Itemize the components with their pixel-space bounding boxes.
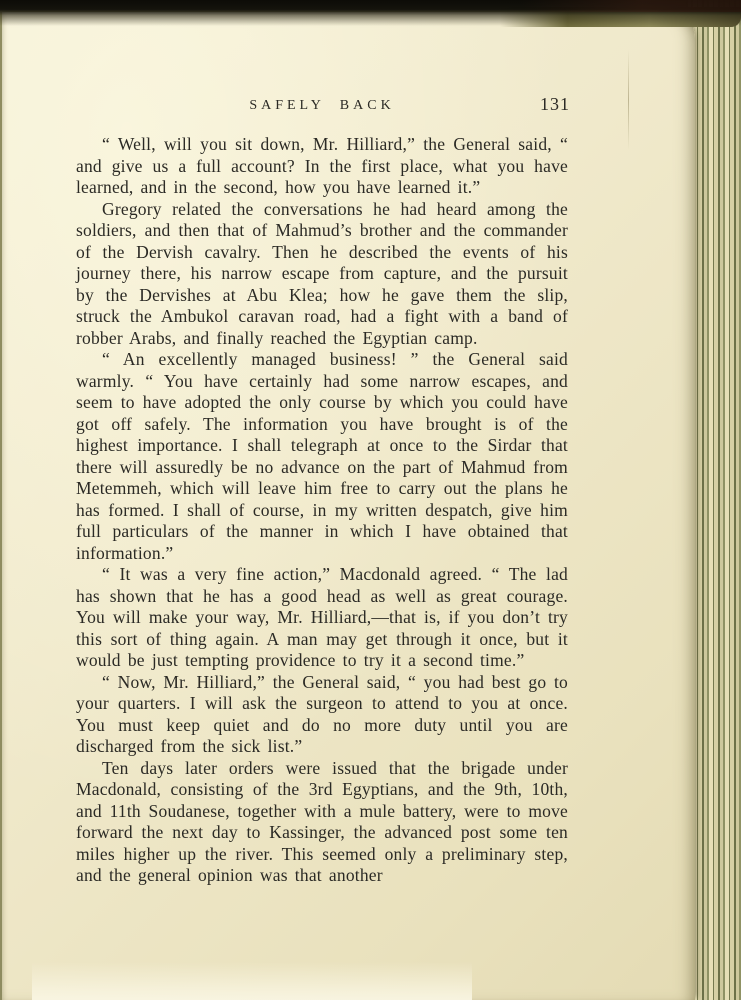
- page-text: “ Well, will you sit down, Mr. Hilliard,…: [76, 134, 568, 887]
- page-fan-corner: [500, 7, 741, 27]
- paragraph-brigade-orders: Ten days later orders were issued that t…: [76, 758, 568, 887]
- paragraph-general-praise: “ An excellently managed business! ” the…: [76, 349, 568, 564]
- paragraph-dialogue-general-question: “ Well, will you sit down, Mr. Hilliard,…: [76, 134, 568, 199]
- paragraph-macdonald-remark: “ It was a very fine action,” Macdonald …: [76, 564, 568, 672]
- paper-crease: [628, 50, 629, 150]
- paragraph-gregory-account: Gregory related the conversations he had…: [76, 199, 568, 350]
- paragraph-general-orders: “ Now, Mr. Hilliard,” the General said, …: [76, 672, 568, 758]
- book-page: SAFELY BACK 131 “ Well, will you sit dow…: [2, 12, 695, 1000]
- running-title: SAFELY BACK: [76, 98, 568, 114]
- book-photo: SAFELY BACK 131 “ Well, will you sit dow…: [0, 0, 741, 1000]
- page-number: 131: [540, 94, 570, 115]
- paper-sheen: [32, 962, 472, 1000]
